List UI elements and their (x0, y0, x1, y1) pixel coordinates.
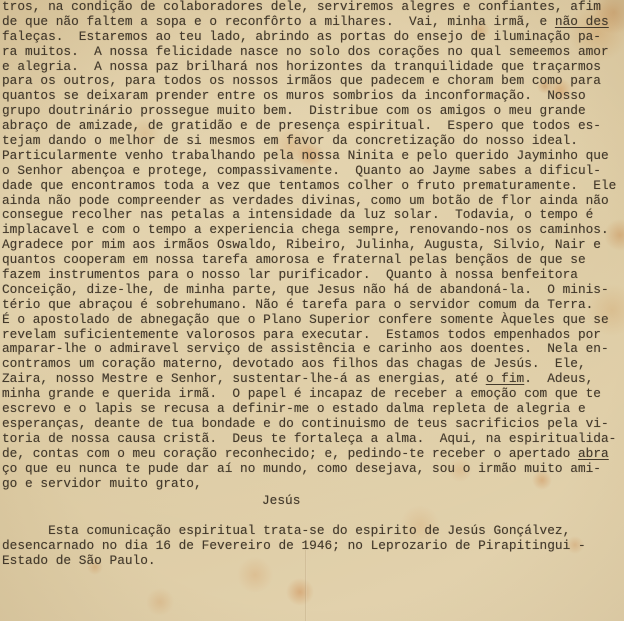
typewritten-line: Particularmente venho trabalhando pela n… (2, 149, 624, 164)
typewritten-line: dade que encontramos toda a vez que tent… (2, 179, 624, 194)
typewritten-line: quantos se deixaram prender entre os mur… (2, 89, 624, 104)
typewritten-line: para os outros, para todos os nossos irm… (2, 74, 624, 89)
typewritten-line: É o apostolado de abnegação que o Plano … (2, 313, 624, 328)
typewritten-line: contramos um coração materno, devotado a… (2, 357, 624, 372)
typewritten-line: desencarnado no dia 16 de Fevereiro de 1… (2, 539, 624, 554)
letter-body: tros, na condição de colaboradores dele,… (2, 0, 624, 491)
letter-page: tros, na condição de colaboradores dele,… (0, 0, 624, 621)
typewritten-line: go e servidor muito grato, (2, 477, 624, 492)
typewritten-line: implacavel e com o tempo a experiencia c… (2, 223, 624, 238)
typewritten-line: amparar-lhe o admiravel serviço de assis… (2, 342, 624, 357)
typewritten-line: de que não faltem a sopa e o reconfôrto … (2, 15, 624, 30)
typewritten-line: minha grande e querida irmã. O papel é i… (2, 387, 624, 402)
footer-note: Esta comunicação espiritual trata-se do … (2, 524, 624, 569)
typewritten-line: toria de nossa causa cristã. Deus te for… (2, 432, 624, 447)
typewritten-line: fazem instrumentos para o nosso lar puri… (2, 268, 624, 283)
typewritten-line: e alegria. A nossa paz brilhará nos hori… (2, 60, 624, 75)
typewritten-line: tério que abraçou é sobrehumano. Não é t… (2, 298, 624, 313)
typewritten-line: tros, na condição de colaboradores dele,… (2, 0, 624, 15)
typewritten-line: ço que eu nunca te pude dar aí no mundo,… (2, 462, 624, 477)
typewritten-line: faleças. Estaremos ao teu lado, abrindo … (2, 30, 624, 45)
typewritten-line: Esta comunicação espiritual trata-se do … (2, 524, 624, 539)
typewritten-line: esperanças, deante de tua bondade e do c… (2, 417, 624, 432)
signature-line: Jesús (262, 494, 300, 509)
typewritten-line: ra muitos. A nossa felicidade nasce no s… (2, 45, 624, 60)
typewritten-line: abraço de amizade, de gratidão e de pres… (2, 119, 624, 134)
typewritten-line: Zaira, nosso Mestre e Senhor, sustentar-… (2, 372, 624, 387)
typewritten-line: o Senhor abençoa e protege, compassivame… (2, 164, 624, 179)
typewritten-line: quantos cooperam em nossa tarefa amorosa… (2, 253, 624, 268)
typewritten-line: tejam dando o melhor de si mesmos em fav… (2, 134, 624, 149)
typewritten-line: escrevo e o lapis se recusa a definir-me… (2, 402, 624, 417)
typewritten-line: revelam suficientemente valorosos para e… (2, 328, 624, 343)
typewritten-line: de, contas com o meu coração reconhecido… (2, 447, 624, 462)
typewritten-line: consegue recolher nas petalas a intensid… (2, 208, 624, 223)
typewritten-line: grupo doutrinário prossegue muito bem. D… (2, 104, 624, 119)
typewritten-line: Estado de São Paulo. (2, 554, 624, 569)
typewritten-line: Agradece por mim aos irmãos Oswaldo, Rib… (2, 238, 624, 253)
typewritten-line: ainda não pode compreender as verdades d… (2, 194, 624, 209)
typewritten-line: Conceição, dize-lhe, de minha parte, que… (2, 283, 624, 298)
